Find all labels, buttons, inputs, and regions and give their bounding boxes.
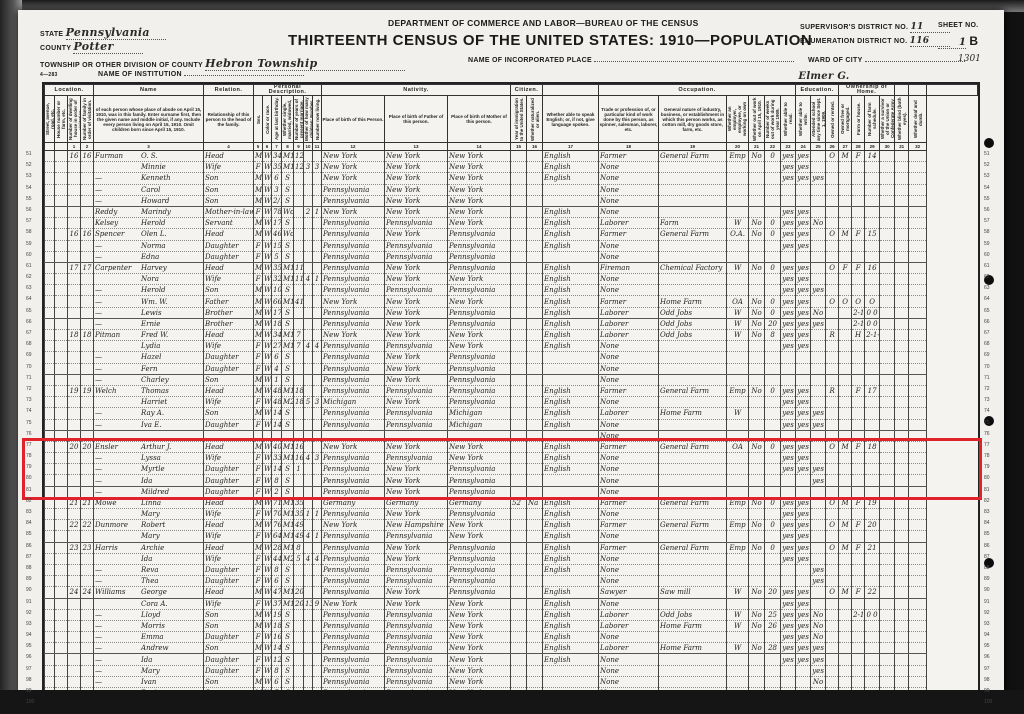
column-number: 10	[304, 143, 313, 151]
cell-ms: S	[282, 676, 294, 687]
column-group-header: Relation.	[204, 85, 254, 96]
column-header: House number or farm, etc.	[55, 96, 68, 143]
cell-mbirth: Pennsylvania	[448, 262, 511, 273]
surname: Carpenter	[95, 263, 141, 273]
cell-ind: Saw mill	[659, 587, 727, 598]
cell-wks	[765, 531, 781, 542]
cell-surv	[880, 654, 895, 665]
cell-farm	[852, 419, 865, 430]
cell-surv	[880, 352, 895, 363]
cell-ind	[659, 195, 727, 206]
cell-ind	[659, 206, 727, 217]
cell-born	[304, 330, 313, 341]
cell-sch	[811, 542, 826, 553]
cell-sex: M	[254, 408, 263, 419]
cell-ms: S	[282, 173, 294, 184]
line-number: 63	[26, 285, 32, 291]
cell-living	[313, 218, 322, 229]
cell-born	[304, 430, 313, 441]
cell-born	[304, 262, 313, 273]
surname: —	[95, 487, 141, 497]
cell-hn	[55, 240, 68, 251]
cell-fbirth: Pennsylvania	[385, 240, 448, 251]
line-number: 93	[26, 621, 32, 627]
cell-yrs	[294, 184, 304, 195]
cell-mort	[839, 307, 852, 318]
line-number: 77	[984, 442, 990, 448]
cell-read	[781, 352, 796, 363]
line-number: 95	[26, 643, 32, 649]
cell-race: W	[263, 475, 272, 486]
cell-read	[781, 251, 796, 262]
cell-born	[304, 475, 313, 486]
cell-sched	[865, 363, 880, 374]
cell-age: 17	[272, 307, 282, 318]
cell-oow	[749, 251, 765, 262]
cell-deaf	[909, 453, 927, 464]
cell-dw	[68, 274, 81, 285]
column-header-label: Number of dwelling house in order of vis…	[68, 97, 81, 141]
cell-living	[313, 151, 322, 162]
cell-blind	[895, 251, 909, 262]
cell-occ: None	[599, 576, 659, 587]
cell-sex: M	[254, 318, 263, 329]
cell-mbirth: Pennsylvania	[448, 587, 511, 598]
cell-farm	[852, 475, 865, 486]
cell-age: 19	[272, 609, 282, 620]
given-name: Thomas	[141, 387, 169, 395]
cell-read	[781, 564, 796, 575]
census-row: 1919WelchThomasHeadMW48M118PennsylvaniaP…	[45, 385, 978, 396]
cell-age: 6	[272, 576, 282, 587]
cell-living	[313, 497, 322, 508]
cell-deaf	[909, 352, 927, 363]
cell-blind	[895, 643, 909, 654]
line-number: 92	[26, 610, 32, 616]
column-number: 31	[895, 143, 909, 151]
column-number: 23	[781, 143, 796, 151]
cell-race: W	[263, 330, 272, 341]
cell-hn	[55, 296, 68, 307]
cell-imm	[511, 542, 527, 553]
cell-hn	[55, 274, 68, 285]
census-row: 2424WilliamsGeorgeHeadMW47M120Pennsylvan…	[45, 587, 978, 598]
cell-rel: Daughter	[204, 251, 254, 262]
cell-hn	[55, 229, 68, 240]
cell-born	[304, 296, 313, 307]
column-number	[45, 143, 55, 151]
cell-yrs	[294, 654, 304, 665]
column-number: 4	[204, 143, 254, 151]
cell-deaf	[909, 598, 927, 609]
cell-own	[826, 553, 839, 564]
cell-occ: Laborer	[599, 330, 659, 341]
cell-race: W	[263, 441, 272, 452]
cell-occ: Farmer	[599, 151, 659, 162]
cell-blind	[895, 620, 909, 631]
cell-age: 35	[272, 262, 282, 273]
cell-sched	[865, 195, 880, 206]
column-header-label: Whether blind (both eyes).	[897, 97, 907, 141]
surname: —	[95, 241, 141, 251]
cell-fbirth: New York	[385, 397, 448, 408]
cell-deaf	[909, 486, 927, 497]
cell-rel: Son	[204, 195, 254, 206]
cell-dw: 16	[68, 229, 81, 240]
cell-st	[45, 598, 55, 609]
cell-yrs	[294, 307, 304, 318]
cell-eng: English	[543, 274, 599, 285]
sheet-number: 1 B	[938, 34, 978, 49]
cell-read: yes	[781, 318, 796, 329]
given-name: Olen L.	[141, 230, 167, 238]
cell-own	[826, 419, 839, 430]
cell-race: W	[263, 464, 272, 475]
given-name: Mary	[141, 667, 160, 675]
census-row: —RevaDaughterFW8SPennsylvaniaPennsylvani…	[45, 564, 978, 575]
cell-dw	[68, 184, 81, 195]
cell-write: yes	[796, 307, 811, 318]
cell-fam	[81, 363, 94, 374]
cell-blind	[895, 184, 909, 195]
cell-fbirth: New Hampshire	[385, 520, 448, 531]
cell-fam	[81, 251, 94, 262]
cell-fam	[81, 676, 94, 687]
cell-hn	[55, 620, 68, 631]
person-name-cell: Lydia	[94, 341, 204, 352]
column-header: Number of weeks out of work during year …	[765, 96, 781, 143]
cell-st	[45, 520, 55, 531]
cell-farm	[852, 162, 865, 173]
cell-mbirth: New York	[448, 654, 511, 665]
cell-dw: 23	[68, 542, 81, 553]
cell-own: O	[826, 542, 839, 553]
cell-ms: M2	[282, 397, 294, 408]
cell-occ: None	[599, 598, 659, 609]
cell-yrs	[294, 609, 304, 620]
cell-imm	[511, 441, 527, 452]
cell-write: yes	[796, 464, 811, 475]
cell-eng: English	[543, 162, 599, 173]
line-number: 99	[26, 688, 32, 694]
cell-hn	[55, 609, 68, 620]
cell-blind	[895, 229, 909, 240]
cell-occ: None	[599, 464, 659, 475]
cell-dw	[68, 430, 81, 441]
surname: —	[95, 464, 141, 474]
cell-st	[45, 620, 55, 631]
cell-farm	[852, 274, 865, 285]
cell-read	[781, 486, 796, 497]
cell-farm: F	[852, 385, 865, 396]
cell-farm	[852, 430, 865, 441]
cell-sch	[811, 330, 826, 341]
enumeration-district-field: Enumeration District No. 116	[800, 36, 950, 47]
cell-sched	[865, 218, 880, 229]
cell-imm	[511, 419, 527, 430]
line-number: 68	[26, 341, 32, 347]
given-name: Wm. W.	[141, 298, 167, 306]
cell-race: W	[263, 553, 272, 564]
cell-eng: English	[543, 385, 599, 396]
cell-read: yes	[781, 654, 796, 665]
surname: Furman	[95, 151, 141, 161]
cell-wks	[765, 341, 781, 352]
column-header-label: Whether single, married, widowed, or div…	[282, 97, 294, 141]
cell-fbirth: Pennsylvania	[385, 576, 448, 587]
line-number: 91	[984, 599, 990, 605]
cell-blind	[895, 296, 909, 307]
cell-sex: F	[254, 419, 263, 430]
cell-farm	[852, 654, 865, 665]
cell-st	[45, 262, 55, 273]
cell-birth: New York	[322, 520, 385, 531]
cell-nat	[527, 285, 543, 296]
cell-wks	[765, 352, 781, 363]
cell-born: 3	[304, 162, 313, 173]
cell-birth: Pennsylvania	[322, 352, 385, 363]
cell-sched	[865, 397, 880, 408]
cell-nat	[527, 151, 543, 162]
cell-birth: Pennsylvania	[322, 274, 385, 285]
cell-occ: Sawyer	[599, 587, 659, 598]
cell-sex: F	[254, 564, 263, 575]
cell-ms: M1	[282, 151, 294, 162]
column-header: Sex.	[254, 96, 263, 143]
cell-sched: 21	[865, 542, 880, 553]
cell-living	[313, 542, 322, 553]
cell-imm	[511, 296, 527, 307]
cell-birth: New York	[322, 441, 385, 452]
cell-yrs	[294, 195, 304, 206]
cell-fbirth: New York	[385, 352, 448, 363]
cell-born	[304, 218, 313, 229]
cell-age: 17	[272, 218, 282, 229]
cell-imm	[511, 330, 527, 341]
cell-st	[45, 497, 55, 508]
cell-yrs: 20	[294, 587, 304, 598]
column-header-label: Whether out of work on April 15, 1910.	[752, 97, 762, 141]
cell-fam: 18	[81, 330, 94, 341]
cell-mbirth: New York	[448, 632, 511, 643]
cell-mbirth: New York	[448, 441, 511, 452]
cell-own	[826, 173, 839, 184]
cell-blind	[895, 397, 909, 408]
cell-mort: M	[839, 151, 852, 162]
cell-emp	[727, 453, 749, 464]
cell-emp	[727, 665, 749, 676]
cell-dw	[68, 307, 81, 318]
cell-living	[313, 430, 322, 441]
line-number: 86	[26, 543, 32, 549]
cell-wks: 8	[765, 330, 781, 341]
line-number: 81	[984, 487, 990, 493]
cell-sex: M	[254, 676, 263, 687]
cell-imm	[511, 262, 527, 273]
cell-ms: S	[282, 251, 294, 262]
cell-yrs	[294, 374, 304, 385]
cell-birth: Pennsylvania	[322, 665, 385, 676]
surname: Reddy	[95, 207, 141, 217]
person-name-cell: Harriet	[94, 397, 204, 408]
cell-read: yes	[781, 609, 796, 620]
cell-living: 9	[313, 598, 322, 609]
cell-birth	[322, 430, 385, 441]
column-header-label: Number of family in order of visitation.	[82, 97, 92, 141]
cell-hn	[55, 397, 68, 408]
column-header: Attended school any time since Sept. 1, …	[811, 96, 826, 143]
cell-ms: S	[282, 218, 294, 229]
cell-living	[313, 587, 322, 598]
cell-yrs	[294, 240, 304, 251]
cell-nat	[527, 240, 543, 251]
cell-age: 48	[272, 397, 282, 408]
cell-st	[45, 374, 55, 385]
cell-eng: English	[543, 509, 599, 520]
cell-imm	[511, 397, 527, 408]
cell-dw	[68, 464, 81, 475]
cell-sex: F	[254, 453, 263, 464]
cell-ind	[659, 341, 727, 352]
cell-mort	[839, 408, 852, 419]
cell-dw: 22	[68, 520, 81, 531]
cell-read: yes	[781, 173, 796, 184]
line-number: 67	[26, 330, 32, 336]
cell-oow	[749, 274, 765, 285]
cell-wks	[765, 632, 781, 643]
supervisor-label: Supervisor's District No.	[800, 24, 908, 31]
cell-imm	[511, 632, 527, 643]
person-name-cell: —Hazel	[94, 352, 204, 363]
cell-read	[781, 665, 796, 676]
cell-surv	[880, 274, 895, 285]
cell-nat	[527, 676, 543, 687]
surname: —	[95, 408, 141, 418]
cell-oow	[749, 374, 765, 385]
cell-eng	[543, 475, 599, 486]
cell-living	[313, 184, 322, 195]
cell-rel: Head	[204, 520, 254, 531]
cell-wks	[765, 475, 781, 486]
column-header: Year of immigration to the United States…	[511, 96, 527, 143]
cell-sex: F	[254, 162, 263, 173]
cell-dw	[68, 475, 81, 486]
cell-imm	[511, 195, 527, 206]
cell-mort: F	[839, 262, 852, 273]
cell-occ: Laborer	[599, 318, 659, 329]
cell-living	[313, 385, 322, 396]
cell-surv	[880, 363, 895, 374]
cell-sch: No	[811, 676, 826, 687]
cell-write: yes	[796, 654, 811, 665]
cell-mort	[839, 341, 852, 352]
cell-rel: Head	[204, 497, 254, 508]
cell-hn	[55, 341, 68, 352]
column-group-header: Personal Description.	[254, 85, 322, 96]
cell-surv	[880, 453, 895, 464]
cell-emp: W	[727, 262, 749, 273]
cell-oow: No	[749, 307, 765, 318]
surname: —	[95, 476, 141, 486]
cell-fbirth: Pennsylvania	[385, 408, 448, 419]
cell-birth: Pennsylvania	[322, 509, 385, 520]
cell-fbirth: Pennsylvania	[385, 654, 448, 665]
cell-living	[313, 576, 322, 587]
given-name: Marindy	[141, 208, 171, 216]
cell-sch: yes	[811, 654, 826, 665]
cell-fam	[81, 620, 94, 631]
cell-sex: F	[254, 397, 263, 408]
census-row: 1616SpencerOlen L.HeadMW46WdPennsylvania…	[45, 229, 978, 240]
cell-nat	[527, 620, 543, 631]
cell-eng: English	[543, 419, 599, 430]
cell-occ: Farmer	[599, 441, 659, 452]
cell-age: 64	[272, 531, 282, 542]
given-name: Harvey	[141, 264, 167, 272]
cell-birth: New York	[322, 162, 385, 173]
cell-sched	[865, 509, 880, 520]
cell-mbirth: New York	[448, 341, 511, 352]
line-number: 57	[26, 218, 32, 224]
line-number: 55	[984, 196, 990, 202]
cell-farm	[852, 620, 865, 631]
cell-blind	[895, 307, 909, 318]
cell-yrs	[294, 665, 304, 676]
cell-oow	[749, 206, 765, 217]
cell-mort	[839, 240, 852, 251]
cell-eng: English	[543, 520, 599, 531]
cell-write	[796, 374, 811, 385]
cell-hn	[55, 564, 68, 575]
cell-ind	[659, 598, 727, 609]
cell-emp: Emp	[727, 385, 749, 396]
cell-farm	[852, 397, 865, 408]
cell-sch: yes	[811, 576, 826, 587]
cell-mbirth: New York	[448, 184, 511, 195]
cell-occ: None	[599, 274, 659, 285]
cell-yrs	[294, 576, 304, 587]
cell-mort	[839, 330, 852, 341]
cell-surv	[880, 464, 895, 475]
cell-surv	[880, 218, 895, 229]
line-number: 94	[984, 632, 990, 638]
cell-sch	[811, 430, 826, 441]
cell-born	[304, 676, 313, 687]
cell-mort	[839, 251, 852, 262]
cell-emp	[727, 553, 749, 564]
cell-born	[304, 587, 313, 598]
cell-sex: F	[254, 576, 263, 587]
cell-ms: M1	[282, 441, 294, 452]
given-name: Carol	[141, 186, 160, 194]
cell-race: W	[263, 374, 272, 385]
cell-age: 46	[272, 229, 282, 240]
cell-fbirth: New York	[385, 464, 448, 475]
surname: —	[95, 610, 141, 620]
cell-nat	[527, 352, 543, 363]
cell-hn	[55, 676, 68, 687]
cell-ind	[659, 274, 727, 285]
cell-own	[826, 564, 839, 575]
cell-fbirth: Pennsylvania	[385, 609, 448, 620]
cell-imm	[511, 240, 527, 251]
surname: Welch	[95, 386, 141, 396]
cell-emp	[727, 564, 749, 575]
cell-deaf	[909, 184, 927, 195]
cell-eng: English	[543, 151, 599, 162]
cell-emp	[727, 598, 749, 609]
cell-farm	[852, 374, 865, 385]
